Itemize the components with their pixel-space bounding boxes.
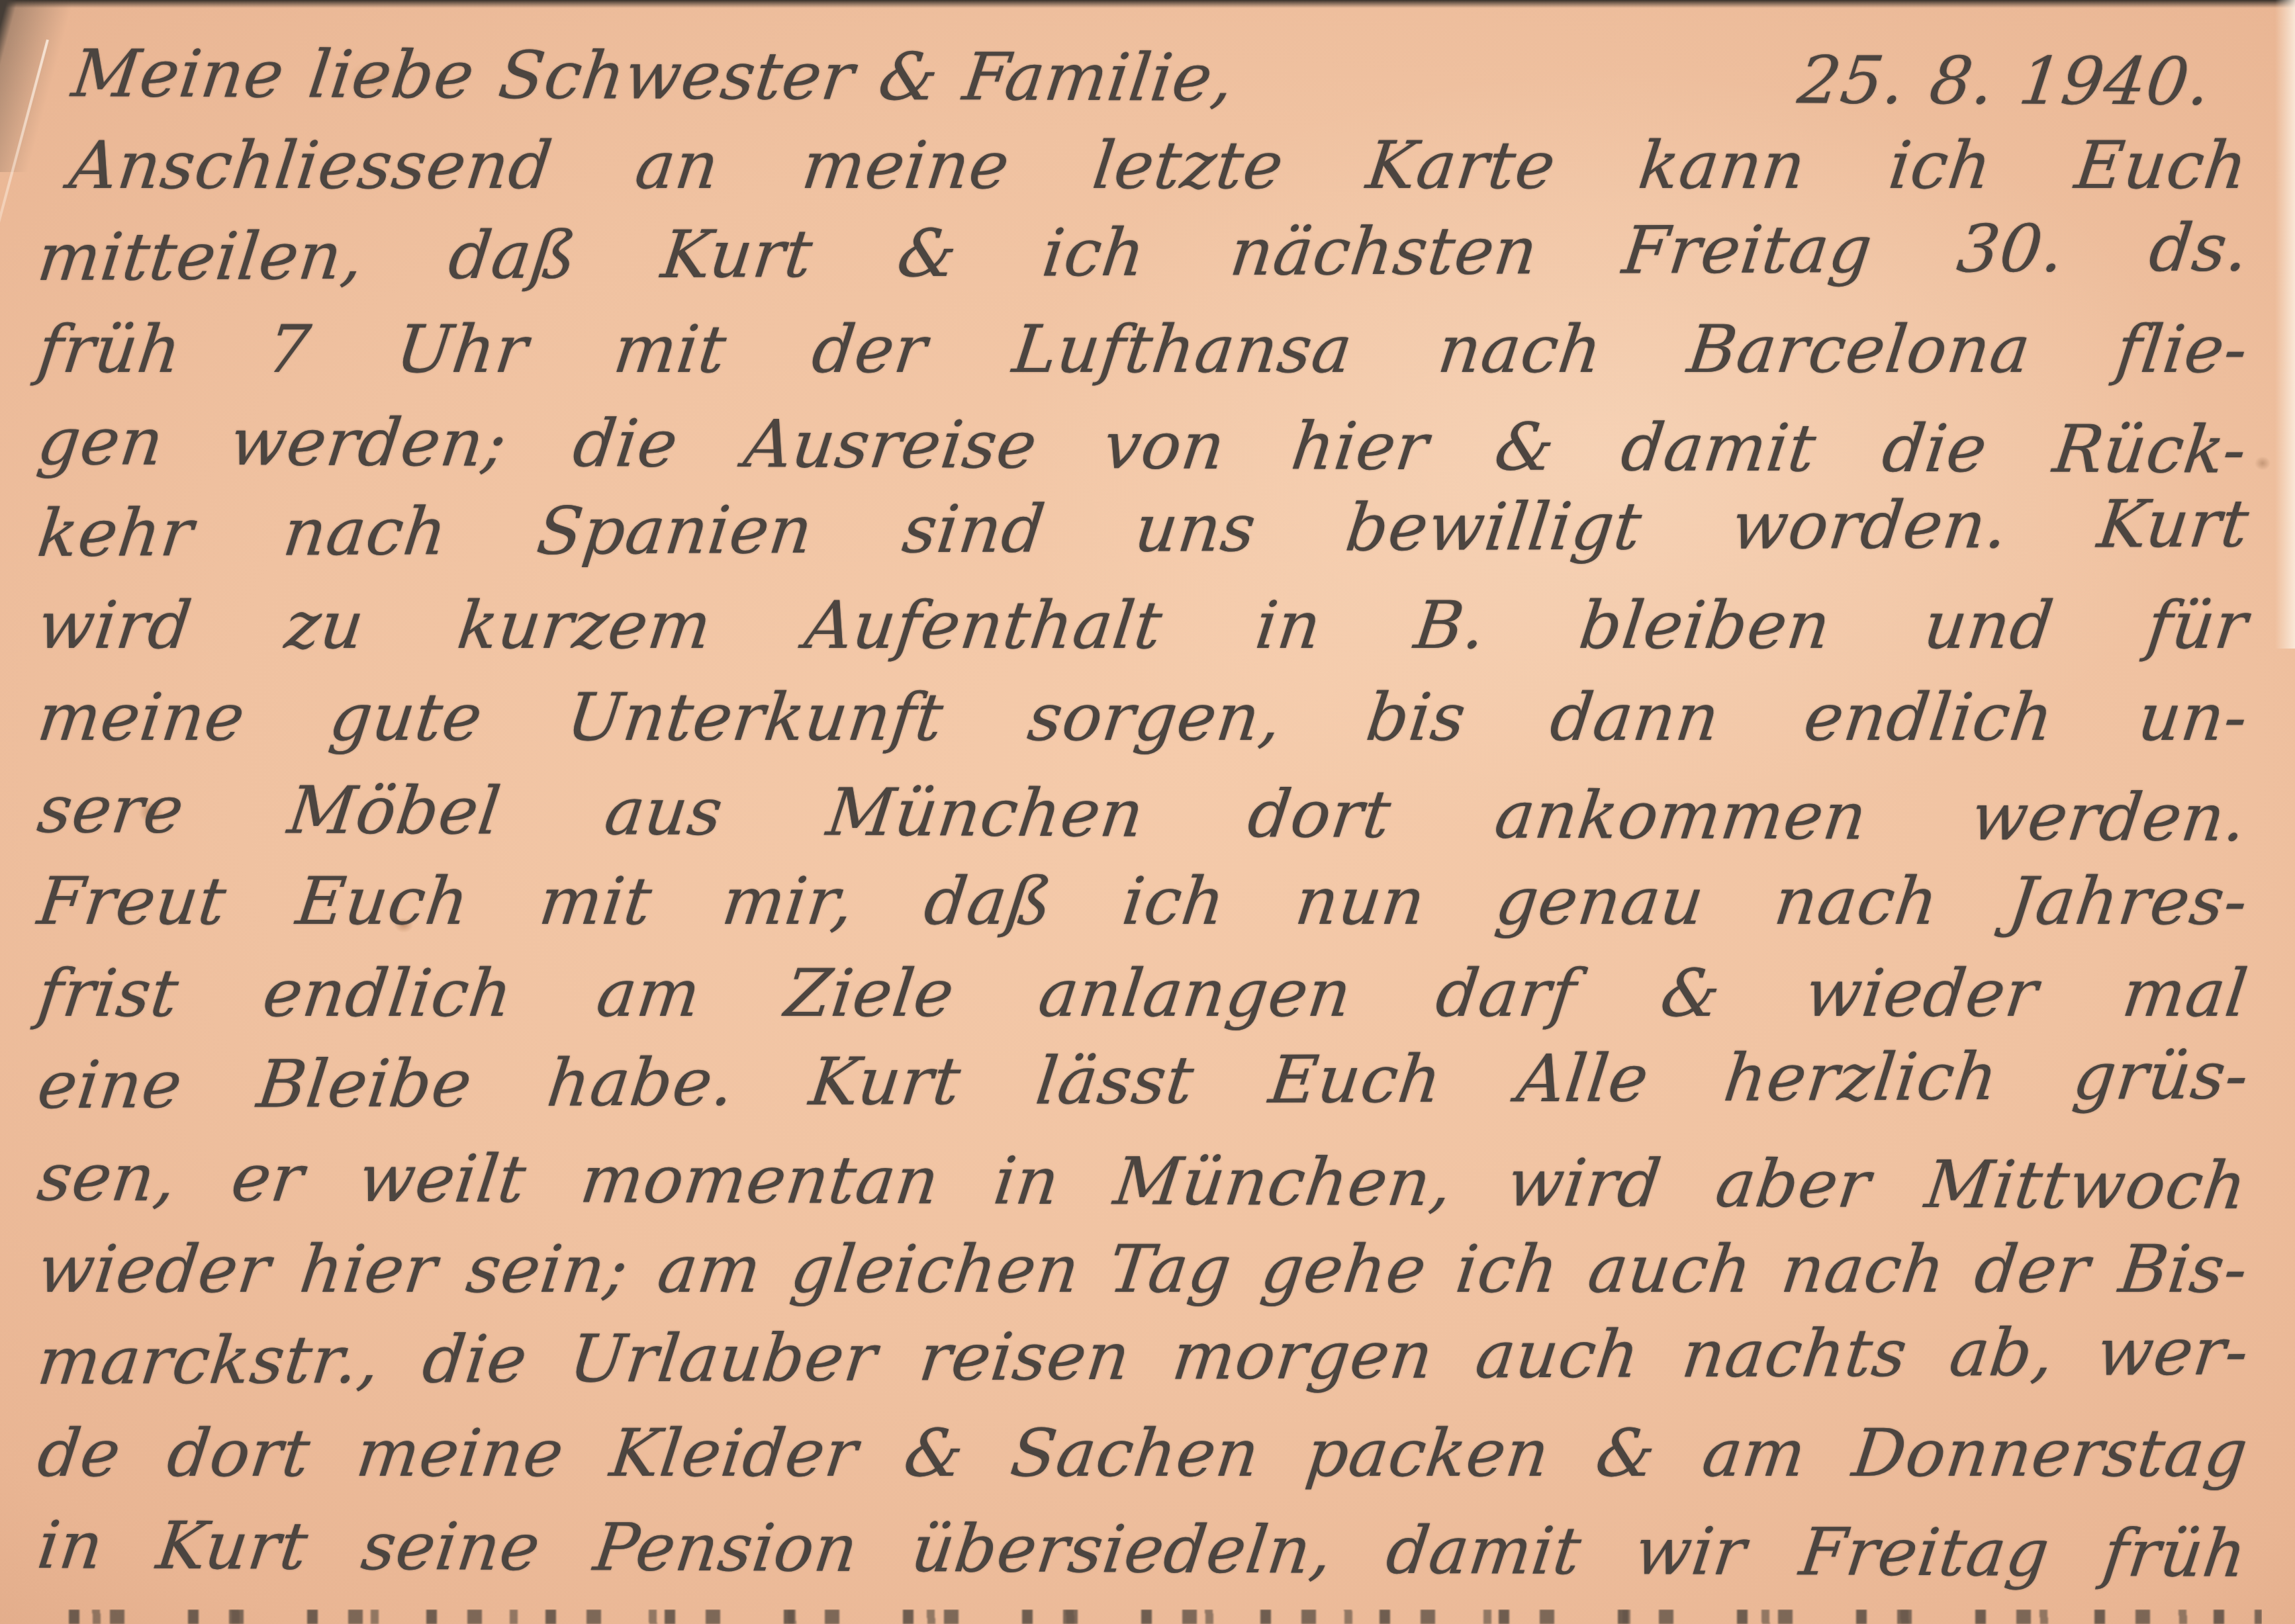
- body-line: frist endlich am Ziele anlangen darf & w…: [32, 948, 2253, 1040]
- body-line: meine gute Unterkunft sorgen, bis dann e…: [32, 672, 2253, 764]
- handwritten-letter-text: Meine liebe Schwester & Familie, 25. 8. …: [38, 28, 2247, 1592]
- salutation-line: Meine liebe Schwester & Familie, 25. 8. …: [32, 28, 2252, 128]
- body-line: wieder hier sein; am gleichen Tag gehe i…: [32, 1224, 2253, 1316]
- date: 25. 8. 1940.: [1793, 34, 2253, 128]
- body-line: wird zu kurzem Aufenthalt in B. bleiben …: [32, 580, 2253, 672]
- postcard: Meine liebe Schwester & Familie, 25. 8. …: [0, 0, 2295, 1624]
- body-line: sen, er weilt momentan in München, wird …: [32, 1132, 2252, 1232]
- body-line: in Kurt seine Pension übersiedeln, damit…: [32, 1500, 2252, 1600]
- card-edge-right: [2275, 0, 2295, 649]
- body-line: eine Bleibe habe. Kurt lässt Euch Alle h…: [33, 1030, 2254, 1132]
- body-line: Anschliessend an meine letzte Karte kann…: [32, 120, 2253, 212]
- cutoff-next-line: [46, 1609, 2262, 1624]
- body-line: sere Möbel aus München dort ankommen wer…: [32, 764, 2252, 864]
- scan-edge-top: [0, 0, 2295, 8]
- body-line: mitteilen, daß Kurt & ich nächsten Freit…: [33, 202, 2254, 304]
- body-line: de dort meine Kleider & Sachen packen & …: [32, 1408, 2253, 1500]
- body-line: kehr nach Spanien sind uns bewilligt wor…: [33, 478, 2254, 580]
- body-line: Freut Euch mit mir, daß ich nun genau na…: [32, 856, 2253, 948]
- body-line: früh 7 Uhr mit der Lufthansa nach Barcel…: [32, 304, 2253, 396]
- body-line: marckstr., die Urlauber reisen morgen au…: [33, 1306, 2254, 1408]
- salutation: Meine liebe Schwester & Familie,: [32, 28, 1239, 124]
